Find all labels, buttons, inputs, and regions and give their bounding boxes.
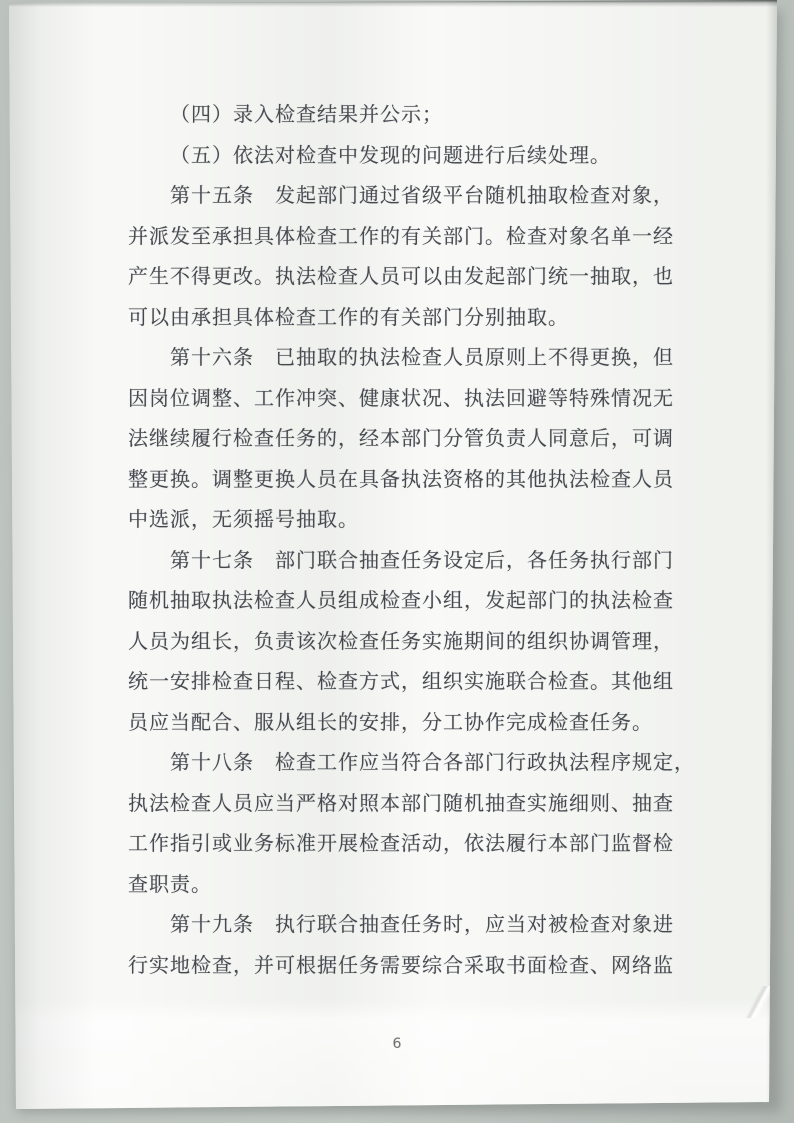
text-line: 第十八条 检查工作应当符合各部门行政执法程序规定， xyxy=(128,743,728,784)
text-line: 法继续履行检查任务的，经本部门分管负责人同意后，可调 xyxy=(128,419,728,460)
text-line: 随机抽取执法检查人员组成检查小组，发起部门的执法检查 xyxy=(128,581,728,622)
text-line: 员应当配合、服从组长的安排，分工协作完成检查任务。 xyxy=(128,703,728,744)
text-line: 因岗位调整、工作冲突、健康状况、执法回避等特殊情况无 xyxy=(128,379,728,420)
text-line: （五）依法对检查中发现的问题进行后续处理。 xyxy=(128,136,728,177)
text-line: 第十七条 部门联合抽查任务设定后，各任务执行部门 xyxy=(128,541,728,582)
text-line: 中选派，无须摇号抽取。 xyxy=(128,500,728,541)
text-line: 第十九条 执行联合抽查任务时，应当对被检查对象进 xyxy=(128,905,728,946)
text-line: 产生不得更改。执法检查人员可以由发起部门统一抽取，也 xyxy=(128,257,728,298)
text-line: 行实地检查，并可根据任务需要综合采取书面检查、网络监 xyxy=(128,946,728,987)
text-line: 统一安排检查日程、检查方式，组织实施联合检查。其他组 xyxy=(128,662,728,703)
text-line: 整更换。调整更换人员在具备执法资格的其他执法检查人员 xyxy=(128,460,728,501)
text-line: 第十五条 发起部门通过省级平台随机抽取检查对象， xyxy=(128,176,728,217)
scanned-paper-sheet: （四）录入检查结果并公示；（五）依法对检查中发现的问题进行后续处理。第十五条 发… xyxy=(0,0,794,1123)
page-number: 6 xyxy=(0,1036,794,1052)
text-line: 并派发至承担具体检查工作的有关部门。检查对象名单一经 xyxy=(128,217,728,258)
scanner-background: （四）录入检查结果并公示；（五）依法对检查中发现的问题进行后续处理。第十五条 发… xyxy=(0,0,794,1123)
text-line: 可以由承担具体检查工作的有关部门分别抽取。 xyxy=(128,298,728,339)
text-line: （四）录入检查结果并公示； xyxy=(128,95,728,136)
document-body-text: （四）录入检查结果并公示；（五）依法对检查中发现的问题进行后续处理。第十五条 发… xyxy=(128,95,728,986)
text-line: 第十六条 已抽取的执法检查人员原则上不得更换，但 xyxy=(128,338,728,379)
text-line: 人员为组长，负责该次检查任务实施期间的组织协调管理， xyxy=(128,622,728,663)
text-line: 查职责。 xyxy=(128,865,728,906)
text-line: 工作指引或业务标准开展检查活动，依法履行本部门监督检 xyxy=(128,824,728,865)
text-line: 执法检查人员应当严格对照本部门随机抽查实施细则、抽查 xyxy=(128,784,728,825)
